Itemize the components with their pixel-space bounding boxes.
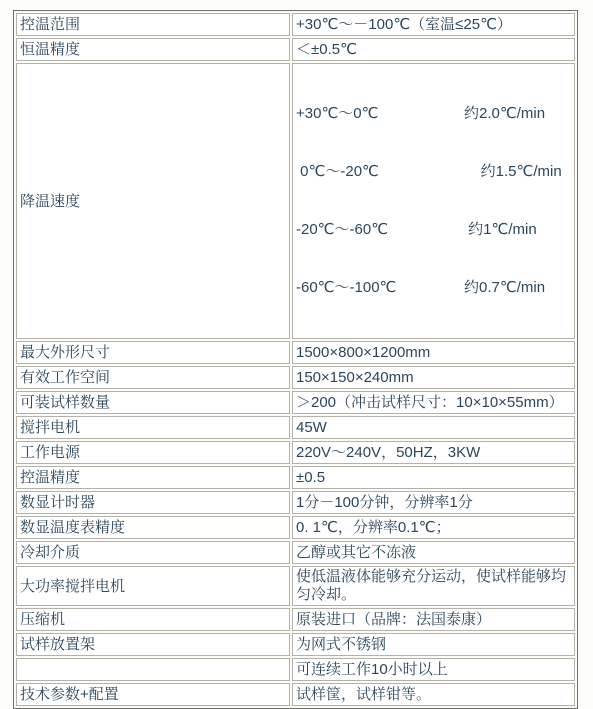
spec-label: 工作电源: [16, 441, 290, 464]
spec-label: 最大外形尺寸: [16, 341, 290, 364]
spec-table-body: 控温范围 +30℃～－100℃（室温≤25℃） 恒温精度 ＜±0.5℃ 降温速度…: [16, 13, 575, 479]
cooling-rate-line: 0℃～-20℃ 约1.5℃/min: [296, 162, 571, 182]
spec-label: 可装试样数量: [16, 391, 290, 414]
table-row: 最大外形尺寸 1500×800×1200mm: [16, 341, 575, 364]
cooling-rate: 约1.5℃/min: [464, 163, 562, 180]
temp-range: +30℃～0℃: [296, 104, 464, 124]
spec-label: 恒温精度: [16, 38, 290, 61]
spec-label: 控温精度: [16, 466, 290, 479]
spec-value: 220V～240V，50HZ，3KW: [292, 441, 575, 464]
temp-range: -20℃～-60℃: [296, 220, 464, 240]
spec-table: 控温范围 +30℃～－100℃（室温≤25℃） 恒温精度 ＜±0.5℃ 降温速度…: [13, 10, 578, 479]
spec-value: 45W: [292, 416, 575, 439]
spec-value: ±0.5: [292, 466, 575, 479]
spec-label: 控温范围: [16, 13, 290, 36]
table-row: 控温精度 ±0.5: [16, 466, 575, 479]
table-row: 可装试样数量 ＞200（冲击试样尺寸：10×10×55mm）: [16, 391, 575, 414]
spec-value: ＞200（冲击试样尺寸：10×10×55mm）: [292, 391, 575, 414]
spec-value: 1500×800×1200mm: [292, 341, 575, 364]
table-row: 搅拌电机 45W: [16, 416, 575, 439]
table-row: 工作电源 220V～240V，50HZ，3KW: [16, 441, 575, 464]
temp-range: -60℃～-100℃: [296, 278, 464, 298]
temp-range: 0℃～-20℃: [296, 162, 464, 182]
spec-value: +30℃～－100℃（室温≤25℃）: [292, 13, 575, 36]
spec-label: 有效工作空间: [16, 366, 290, 389]
spec-value: ＜±0.5℃: [292, 38, 575, 61]
cooling-rate-line: +30℃～0℃约2.0℃/min: [296, 104, 571, 124]
cooling-rate: 约2.0℃/min: [464, 105, 545, 122]
table-row: 有效工作空间 150×150×240mm: [16, 366, 575, 389]
cooling-rate: 约1℃/min: [464, 221, 537, 238]
cooling-rate: 约0.7℃/min: [464, 279, 545, 296]
table-row: 恒温精度 ＜±0.5℃: [16, 38, 575, 61]
cooling-rate-line: -60℃～-100℃约0.7℃/min: [296, 278, 571, 298]
spec-value: 150×150×240mm: [292, 366, 575, 389]
table-row: 控温范围 +30℃～－100℃（室温≤25℃）: [16, 13, 575, 36]
table-row: 降温速度 +30℃～0℃约2.0℃/min 0℃～-20℃ 约1.5℃/min …: [16, 63, 575, 339]
spec-label: 降温速度: [16, 63, 290, 339]
spec-label: 搅拌电机: [16, 416, 290, 439]
spec-value-cooling-rates: +30℃～0℃约2.0℃/min 0℃～-20℃ 约1.5℃/min -20℃～…: [292, 63, 575, 339]
cooling-rate-line: -20℃～-60℃ 约1℃/min: [296, 220, 571, 240]
